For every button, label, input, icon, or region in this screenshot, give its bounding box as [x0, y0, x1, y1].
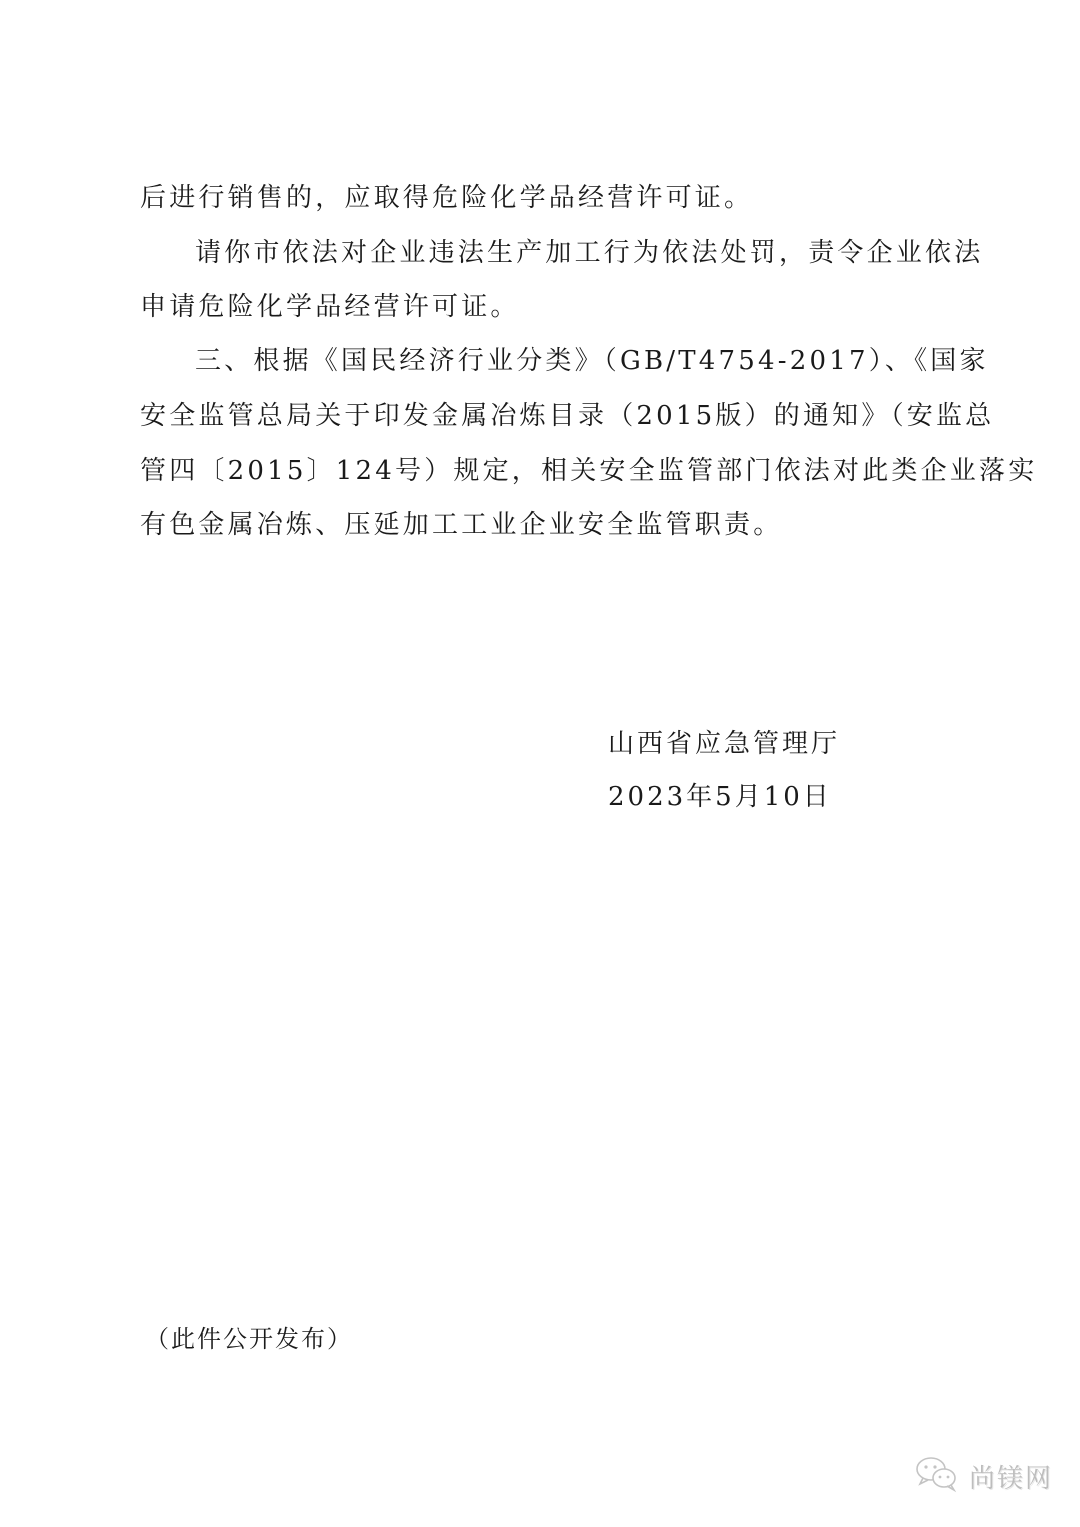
publication-note: （此件公开发布） [145, 1322, 353, 1356]
signature-date: 2023年5月10日 [608, 779, 832, 815]
paragraph-line: 后进行销售的，应取得危险化学品经营许可证。 [140, 180, 753, 216]
watermark: 尚镁网 [915, 1455, 1053, 1497]
paragraph-line: 安全监管总局关于印发金属冶炼目录（2015版）的通知》（安监总 [140, 398, 994, 434]
signature-organization: 山西省应急管理厅 [608, 726, 840, 762]
paragraph-line: 管四〔2015〕124号）规定，相关安全监管部门依法对此类企业落实 [140, 453, 1037, 489]
watermark-text: 尚镁网 [969, 1458, 1053, 1495]
paragraph-line: 申请危险化学品经营许可证。 [140, 289, 520, 325]
wechat-icon [915, 1455, 959, 1497]
paragraph-line: 三、根据《国民经济行业分类》（GB/T4754-2017）、《国家 [195, 343, 989, 379]
paragraph-line: 请你市依法对企业违法生产加工行为依法处罚，责令企业依法 [195, 235, 983, 271]
paragraph-line: 有色金属冶炼、压延加工工业企业安全监管职责。 [140, 507, 782, 543]
